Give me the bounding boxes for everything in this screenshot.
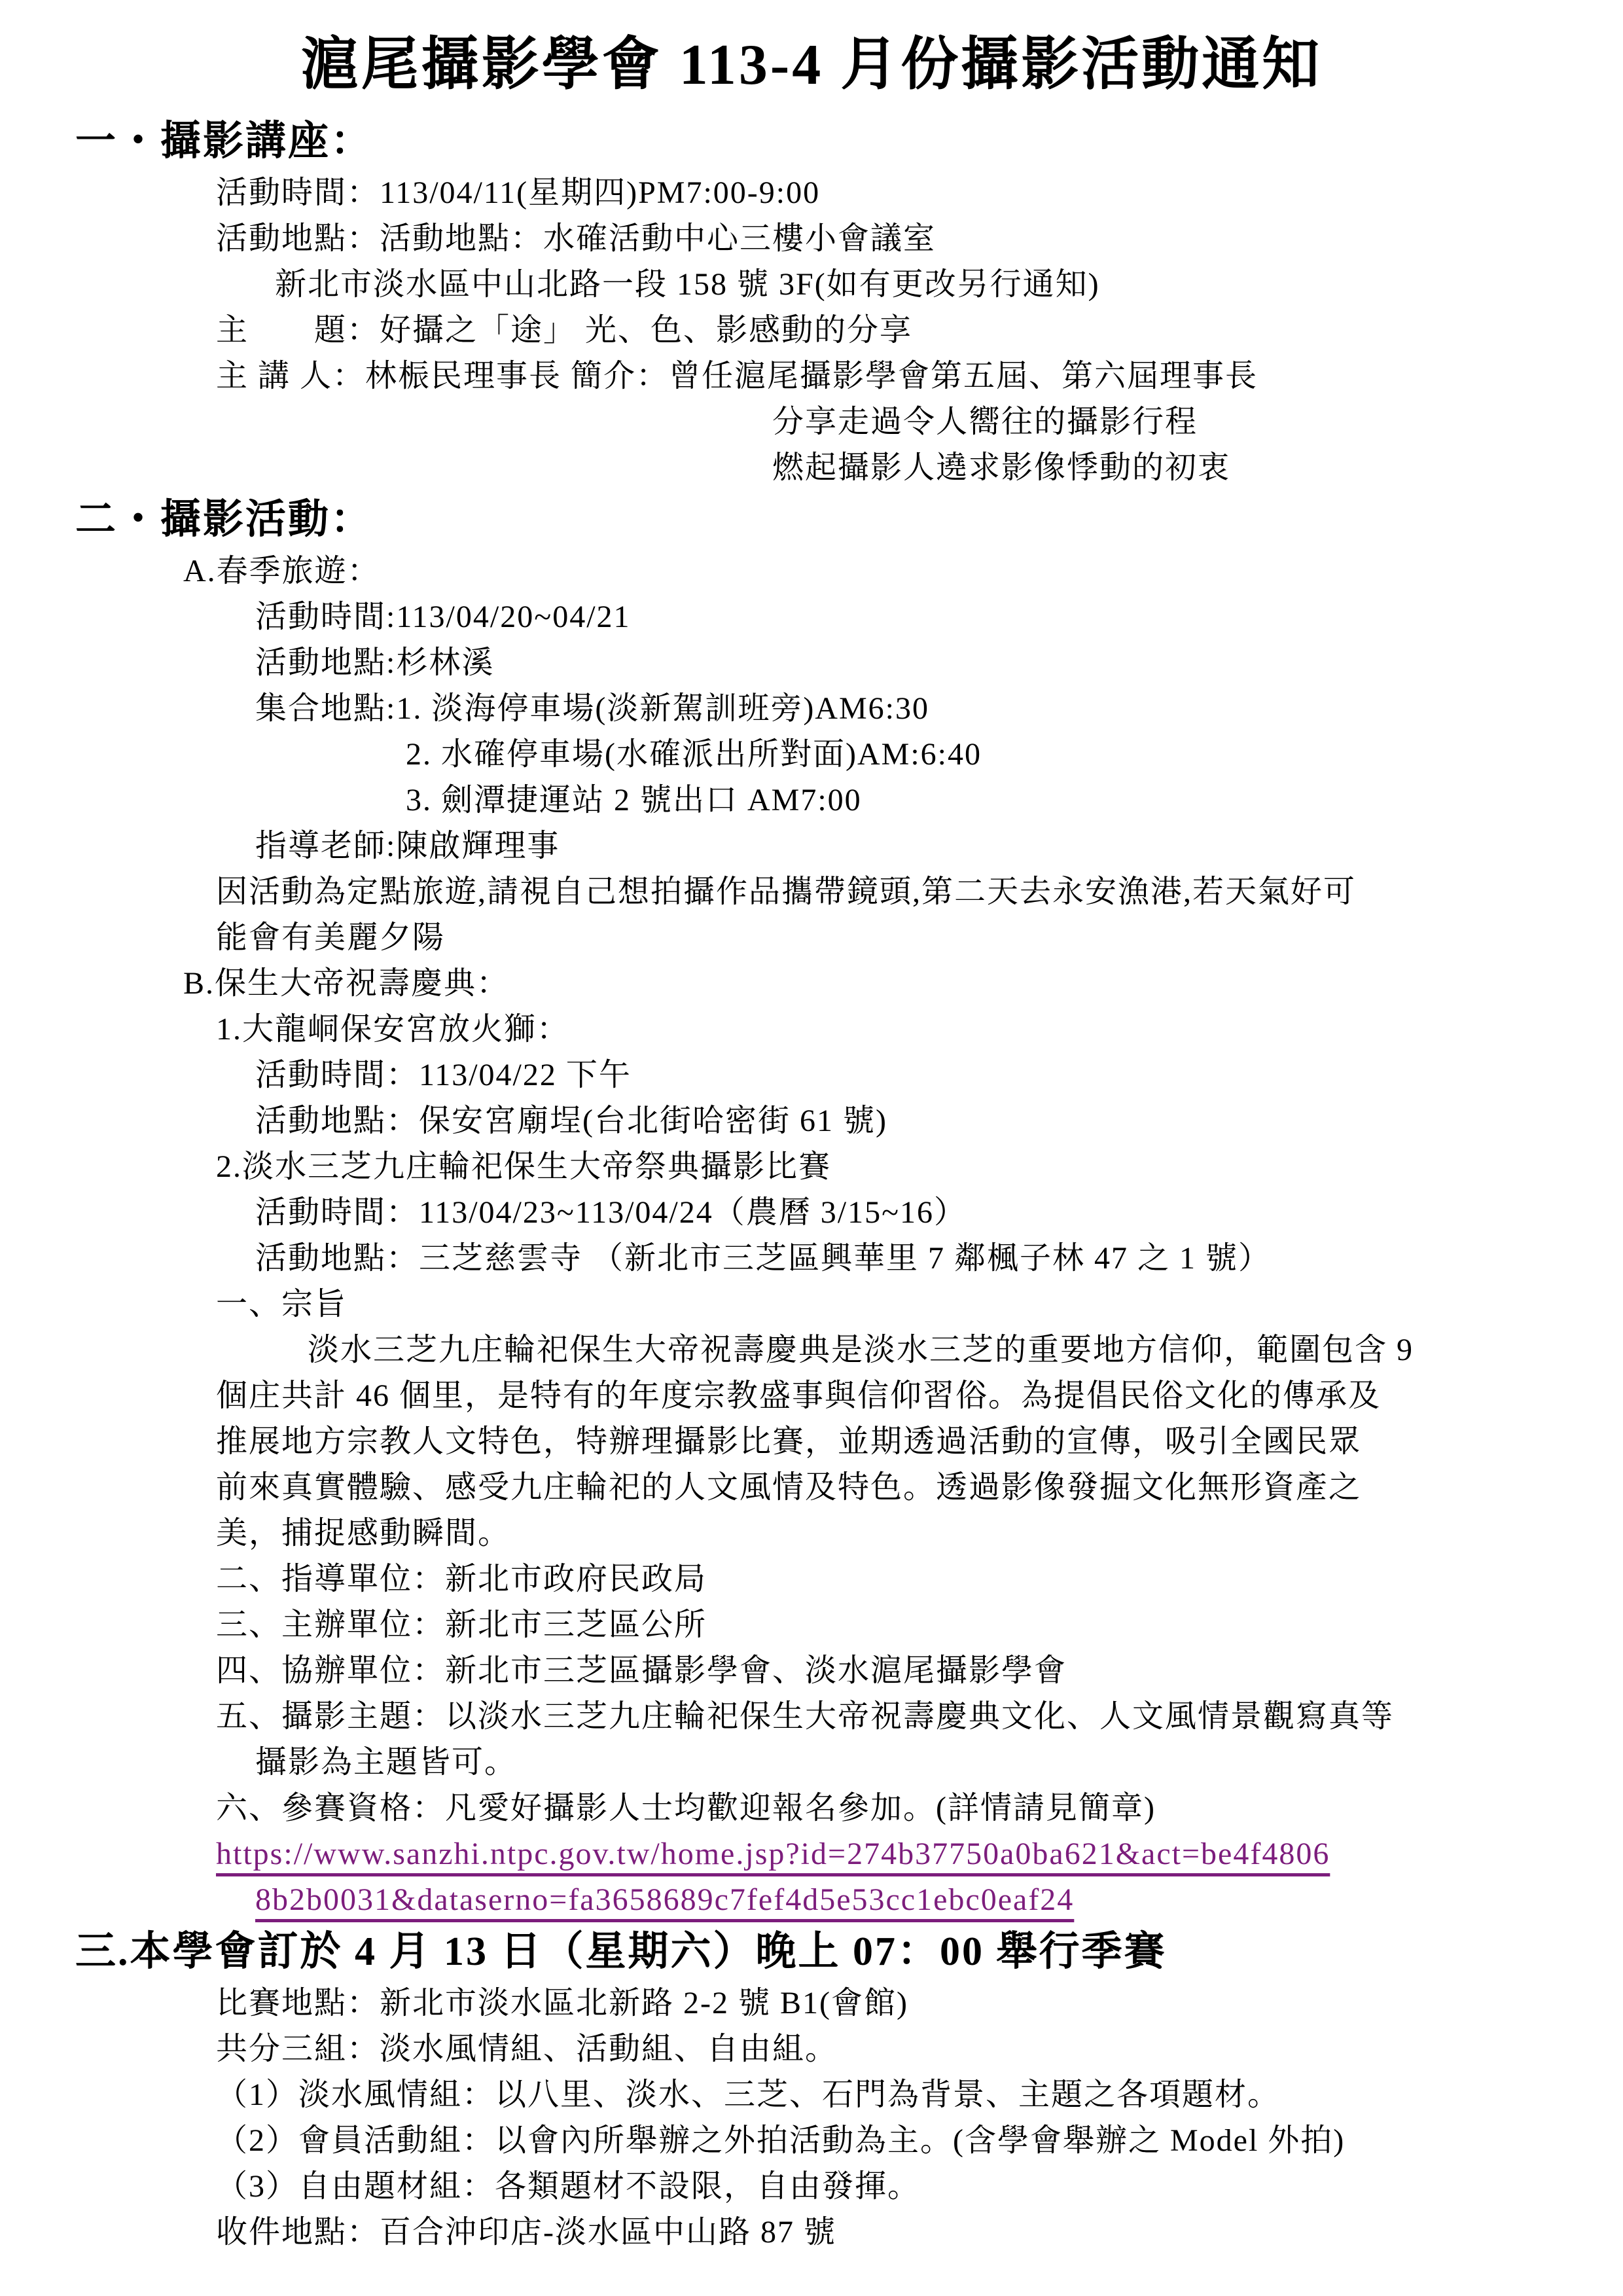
doc-line: 推展地方宗教人文特色，特辦理攝影比賽，並期透過活動的宣傳，吸引全國民眾 xyxy=(216,1419,1623,1465)
doc-line: 燃起攝影人遶求影像悸動的初衷 xyxy=(772,445,1623,491)
doc-line: 主 講 人：林桭民理事長 簡介：曾任滬尾攝影學會第五屆、第六屆理事長 xyxy=(216,353,1623,399)
doc-line: 活動時間:113/04/20~04/21 xyxy=(255,594,1623,640)
doc-line: （1）淡水風情組：以八里、淡水、三芝、石門為背景、主題之各項題材。 xyxy=(216,2072,1623,2118)
doc-line: 淡水三芝九庄輪祀保生大帝祝壽慶典是淡水三芝的重要地方信仰，範圍包含 9 xyxy=(308,1327,1623,1373)
doc-line: 能會有美麗夕陽 xyxy=(216,915,1623,961)
doc-line: 收件地點：百合沖印店-淡水區中山路 87 號 xyxy=(216,2210,1623,2255)
doc-line: 一、宗旨 xyxy=(216,1282,1623,1327)
doc-line: 活動地點：活動地點：水確活動中心三樓小會議室 xyxy=(216,216,1623,262)
document-body: 一・攝影講座：活動時間：113/04/11(星期四)PM7:00-9:00活動地… xyxy=(0,113,1623,2255)
activity-url-link[interactable]: 8b2b0031&dataserno=fa3658689c7fef4d5e53c… xyxy=(255,1877,1623,1923)
doc-line: 活動時間：113/04/23~113/04/24（農曆 3/15~16） xyxy=(255,1190,1623,1236)
doc-line: 四、協辦單位：新北市三芝區攝影學會、淡水滬尾攝影學會 xyxy=(216,1648,1623,1694)
doc-line: （2）會員活動組：以會內所舉辦之外拍活動為主。(含學會舉辦之 Model 外拍) xyxy=(216,2118,1623,2164)
doc-line: 二、指導單位：新北市政府民政局 xyxy=(216,1556,1623,1602)
section-heading-activities: 二・攝影活動： xyxy=(75,491,1623,548)
doc-line: 活動地點：保安宮廟埕(台北街哈密街 61 號) xyxy=(255,1098,1623,1144)
doc-line: 三、主辦單位：新北市三芝區公所 xyxy=(216,1602,1623,1648)
doc-line: 活動時間：113/04/22 下午 xyxy=(255,1052,1623,1098)
doc-line: 3. 劍潭捷運站 2 號出口 AM7:00 xyxy=(406,778,1623,823)
section-heading-lecture: 一・攝影講座： xyxy=(75,113,1623,170)
doc-line: 1.大龍峒保安宮放火獅： xyxy=(216,1007,1623,1052)
doc-line: 活動地點：三芝慈雲寺 （新北市三芝區興華里 7 鄰楓子林 47 之 1 號） xyxy=(255,1236,1623,1282)
doc-line: B.保生大帝祝壽慶典： xyxy=(183,961,1623,1007)
doc-line: 活動地點:杉林溪 xyxy=(255,640,1623,686)
doc-line: A.春季旅遊： xyxy=(183,548,1623,594)
section-heading-quarterly-contest: 三.本學會訂於 4 月 13 日（星期六）晚上 07：00 舉行季賽 xyxy=(75,1923,1623,1981)
doc-line: 分享走過令人嚮往的攝影行程 xyxy=(772,399,1623,445)
document-title: 滬尾攝影學會 113-4 月份攝影活動通知 xyxy=(0,0,1623,101)
doc-line: 共分三組：淡水風情組、活動組、自由組。 xyxy=(216,2026,1623,2072)
doc-line: 六、參賽資格：凡愛好攝影人士均歡迎報名參加。(詳情請見簡章) xyxy=(216,1785,1623,1831)
doc-line: 指導老師:陳啟輝理事 xyxy=(255,823,1623,869)
doc-line: 前來真實體驗、感受九庄輪祀的人文風情及特色。透過影像發掘文化無形資產之 xyxy=(216,1465,1623,1511)
doc-line: 2. 水確停車場(水確派出所對面)AM:6:40 xyxy=(406,732,1623,778)
doc-line: 集合地點:1. 淡海停車場(淡新駕訓班旁)AM6:30 xyxy=(255,686,1623,732)
doc-line: 新北市淡水區中山北路一段 158 號 3F(如有更改另行通知) xyxy=(275,262,1623,308)
doc-line: 攝影為主題皆可。 xyxy=(255,1740,1623,1785)
doc-line: 美，捕捉感動瞬間。 xyxy=(216,1511,1623,1556)
notice-document: 滬尾攝影學會 113-4 月份攝影活動通知 一・攝影講座：活動時間：113/04… xyxy=(0,0,1623,2296)
activity-url-link[interactable]: https://www.sanzhi.ntpc.gov.tw/home.jsp?… xyxy=(216,1831,1623,1877)
doc-line: 比賽地點：新北市淡水區北新路 2-2 號 B1(會館) xyxy=(216,1981,1623,2026)
doc-line: 五、攝影主題：以淡水三芝九庄輪祀保生大帝祝壽慶典文化、人文風情景觀寫真等 xyxy=(216,1694,1623,1740)
doc-line: 2.淡水三芝九庄輪祀保生大帝祭典攝影比賽 xyxy=(216,1144,1623,1190)
doc-line: 因活動為定點旅遊,請視自己想拍攝作品攜帶鏡頭,第二天去永安漁港,若天氣好可 xyxy=(216,869,1623,915)
doc-line: 個庄共計 46 個里，是特有的年度宗教盛事與信仰習俗。為提倡民俗文化的傳承及 xyxy=(216,1373,1623,1419)
doc-line: 活動時間：113/04/11(星期四)PM7:00-9:00 xyxy=(216,170,1623,216)
doc-line: （3）自由題材組：各類題材不設限，自由發揮。 xyxy=(216,2164,1623,2210)
doc-line: 主 題：好攝之「途」 光、色、影感動的分享 xyxy=(216,308,1623,353)
